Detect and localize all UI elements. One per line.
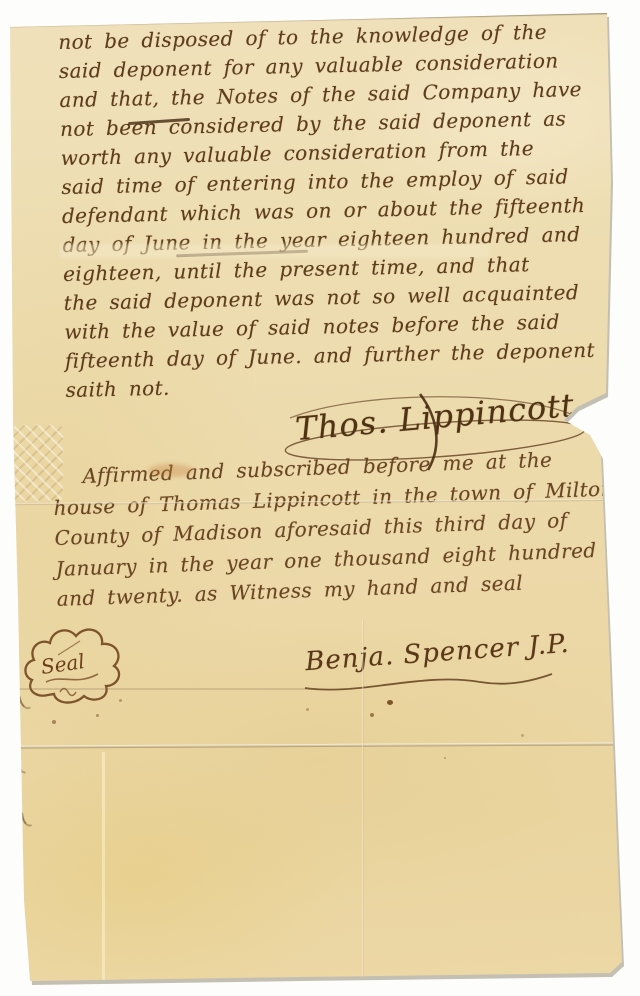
ink-spot	[119, 699, 122, 702]
scan-background: not be disposed of to the knowledge of t…	[0, 0, 640, 996]
vertical-crease	[102, 752, 105, 996]
ink-spot	[387, 700, 393, 705]
fold-crease	[18, 742, 618, 748]
signature-underline-icon	[300, 668, 560, 698]
seal-label: Seal	[39, 649, 86, 679]
affirmation-clause: Affirmed and subscribed before me at the…	[52, 442, 623, 614]
ink-spot	[52, 720, 56, 724]
ink-spot	[96, 714, 99, 717]
vertical-crease	[362, 620, 364, 996]
document-paper: not be disposed of to the knowledge of t…	[0, 0, 640, 996]
fold-crease	[18, 688, 318, 690]
ink-spot	[306, 708, 309, 711]
rubbed-smear	[60, 244, 490, 258]
ink-showthrough-mark	[17, 757, 28, 773]
ink-spot	[370, 713, 374, 717]
embossed-stamp	[12, 424, 64, 502]
ink-spot	[521, 734, 524, 737]
ink-smudge	[148, 464, 194, 477]
seal-doodle-icon: Seal	[18, 610, 142, 720]
ink-spot	[444, 757, 446, 759]
ink-showthrough-mark	[21, 811, 32, 827]
deposition-body: not be disposed of to the knowledge of t…	[58, 16, 622, 405]
